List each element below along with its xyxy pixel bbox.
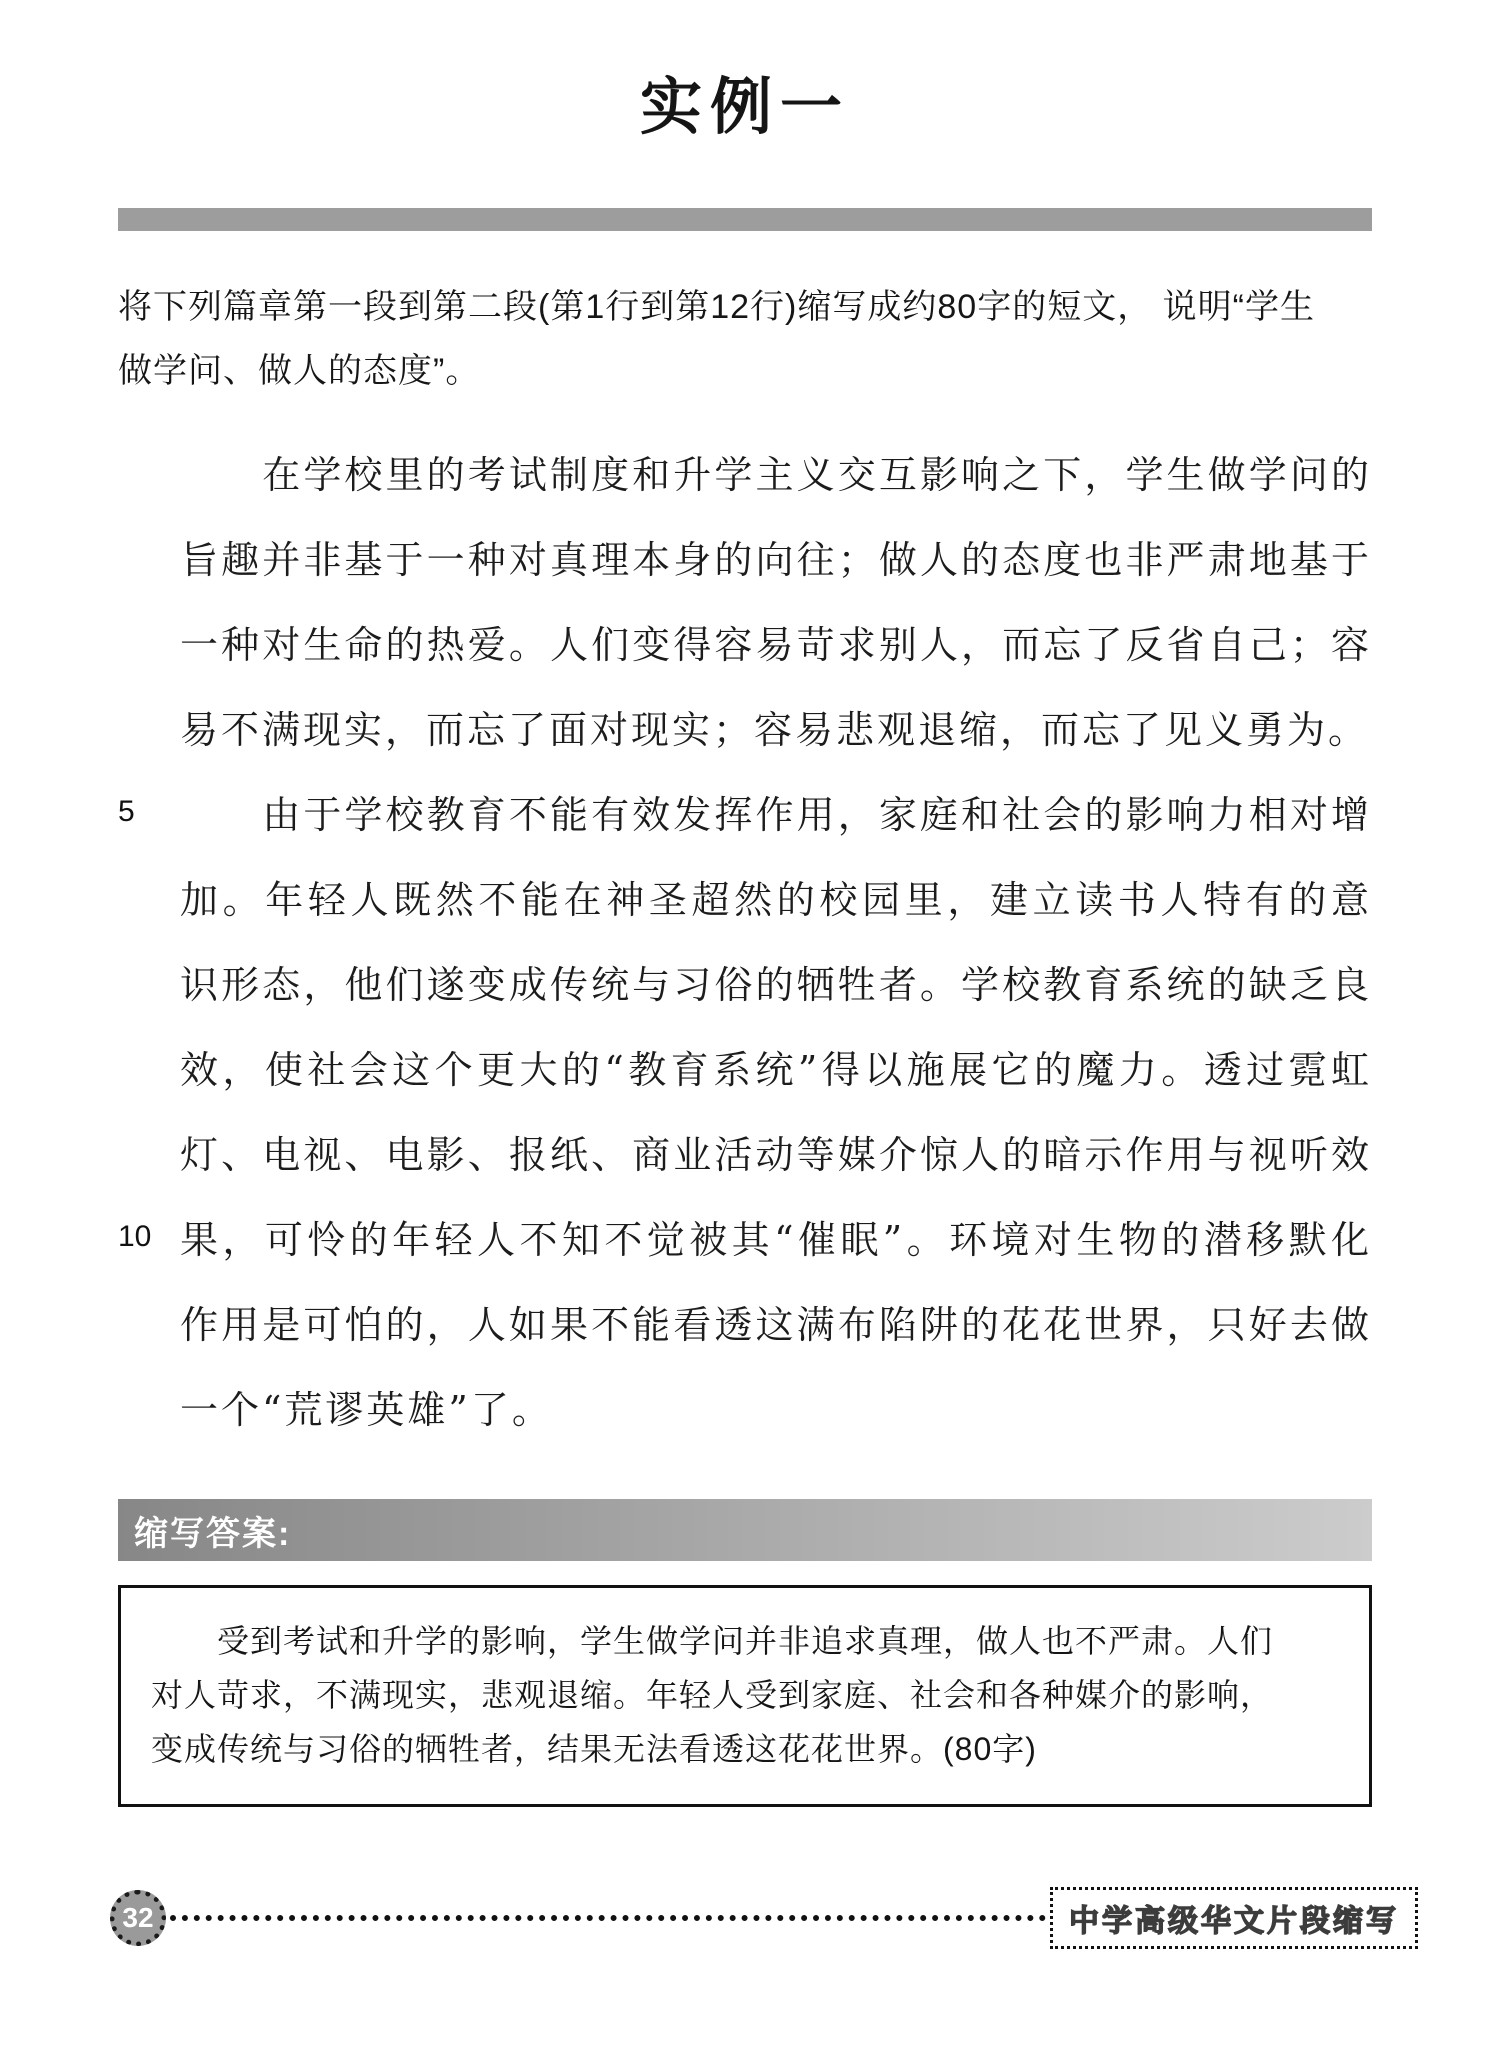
passage-line-text: 果，可怜的年轻人不知不觉被其“催眠”。环境对生物的潜移默化	[180, 1209, 1372, 1264]
answer-box: 受到考试和升学的影响，学生做学问并非追求真理，做人也不严肃。人们 对人苛求，不满…	[118, 1585, 1372, 1807]
passage-line: 10 果，可怜的年轻人不知不觉被其“催眠”。环境对生物的潜移默化	[118, 1194, 1372, 1279]
passage-line-text: 灯、电视、电影、报纸、商业活动等媒介惊人的暗示作用与视听效	[180, 1124, 1372, 1179]
passage-line-text: 作用是可怕的，人如果不能看透这满布陷阱的花花世界，只好去做	[180, 1294, 1372, 1349]
answer-section-header: 缩写答案:	[118, 1499, 1372, 1561]
passage-line: 作用是可怕的，人如果不能看透这满布陷阱的花花世界，只好去做	[118, 1279, 1372, 1364]
passage-line: 旨趣并非基于一种对真理本身的向往；做人的态度也非严肃地基于	[118, 514, 1372, 599]
passage-line: 加。年轻人既然不能在神圣超然的校园里，建立读书人特有的意	[118, 854, 1372, 939]
passage-line-text: 加。年轻人既然不能在神圣超然的校园里，建立读书人特有的意	[180, 869, 1372, 924]
passage-line-text: 在学校里的考试制度和升学主义交互影响之下，学生做学问的	[180, 444, 1372, 499]
page-title: 实例一	[118, 72, 1372, 144]
passage-line: 识形态，他们遂变成传统与习俗的牺牲者。学校教育系统的缺乏良	[118, 939, 1372, 1024]
answer-header-label: 缩写答案:	[134, 1506, 291, 1555]
passage-line: 一个“荒谬英雄”了。	[118, 1364, 1372, 1449]
task-instruction: 将下列篇章第一段到第二段(第1行到第12行)缩写成约80字的短文， 说明“学生 …	[118, 275, 1372, 403]
passage-line-text: 旨趣并非基于一种对真理本身的向往；做人的态度也非严肃地基于	[180, 529, 1372, 584]
reading-passage: 在学校里的考试制度和升学主义交互影响之下，学生做学问的 旨趣并非基于一种对真理本…	[118, 429, 1372, 1449]
title-divider-bar	[118, 208, 1372, 231]
answer-line: 受到考试和升学的影响，学生做学问并非追求真理，做人也不严肃。人们	[151, 1614, 1339, 1668]
instruction-line: 做学问、做人的态度”。	[118, 339, 1372, 403]
passage-line: 5 由于学校教育不能有效发挥作用，家庭和社会的影响力相对增	[118, 769, 1372, 854]
page-footer: 32 中学高级华文片段缩写	[110, 1887, 1418, 1949]
page-number-badge: 32	[110, 1890, 166, 1946]
line-number: 5	[118, 795, 180, 829]
passage-line-text: 一个“荒谬英雄”了。	[180, 1379, 1372, 1434]
textbook-page: 实例一 将下列篇章第一段到第二段(第1行到第12行)缩写成约80字的短文， 说明…	[0, 0, 1499, 2051]
passage-line: 在学校里的考试制度和升学主义交互影响之下，学生做学问的	[118, 429, 1372, 514]
passage-line: 灯、电视、电影、报纸、商业活动等媒介惊人的暗示作用与视听效	[118, 1109, 1372, 1194]
footer-dotted-line	[170, 1915, 1046, 1921]
passage-line-text: 由于学校教育不能有效发挥作用，家庭和社会的影响力相对增	[180, 784, 1372, 839]
answer-line: 变成传统与习俗的牺牲者，结果无法看透这花花世界。(80字)	[151, 1722, 1339, 1776]
passage-line-text: 易不满现实，而忘了面对现实；容易悲观退缩，而忘了见义勇为。	[180, 699, 1372, 754]
line-number: 10	[118, 1220, 180, 1254]
passage-line-text: 一种对生命的热爱。人们变得容易苛求别人，而忘了反省自己；容	[180, 614, 1372, 669]
passage-line: 一种对生命的热爱。人们变得容易苛求别人，而忘了反省自己；容	[118, 599, 1372, 684]
passage-line: 易不满现实，而忘了面对现实；容易悲观退缩，而忘了见义勇为。	[118, 684, 1372, 769]
series-title-box: 中学高级华文片段缩写	[1050, 1887, 1418, 1949]
passage-line: 效，使社会这个更大的“教育系统”得以施展它的魔力。透过霓虹	[118, 1024, 1372, 1109]
series-title: 中学高级华文片段缩写	[1069, 1905, 1399, 1938]
passage-line-text: 识形态，他们遂变成传统与习俗的牺牲者。学校教育系统的缺乏良	[180, 954, 1372, 1009]
passage-line-text: 效，使社会这个更大的“教育系统”得以施展它的魔力。透过霓虹	[180, 1039, 1372, 1094]
answer-line: 对人苛求，不满现实，悲观退缩。年轻人受到家庭、社会和各种媒介的影响，	[151, 1668, 1339, 1722]
instruction-line: 将下列篇章第一段到第二段(第1行到第12行)缩写成约80字的短文， 说明“学生	[118, 275, 1372, 339]
